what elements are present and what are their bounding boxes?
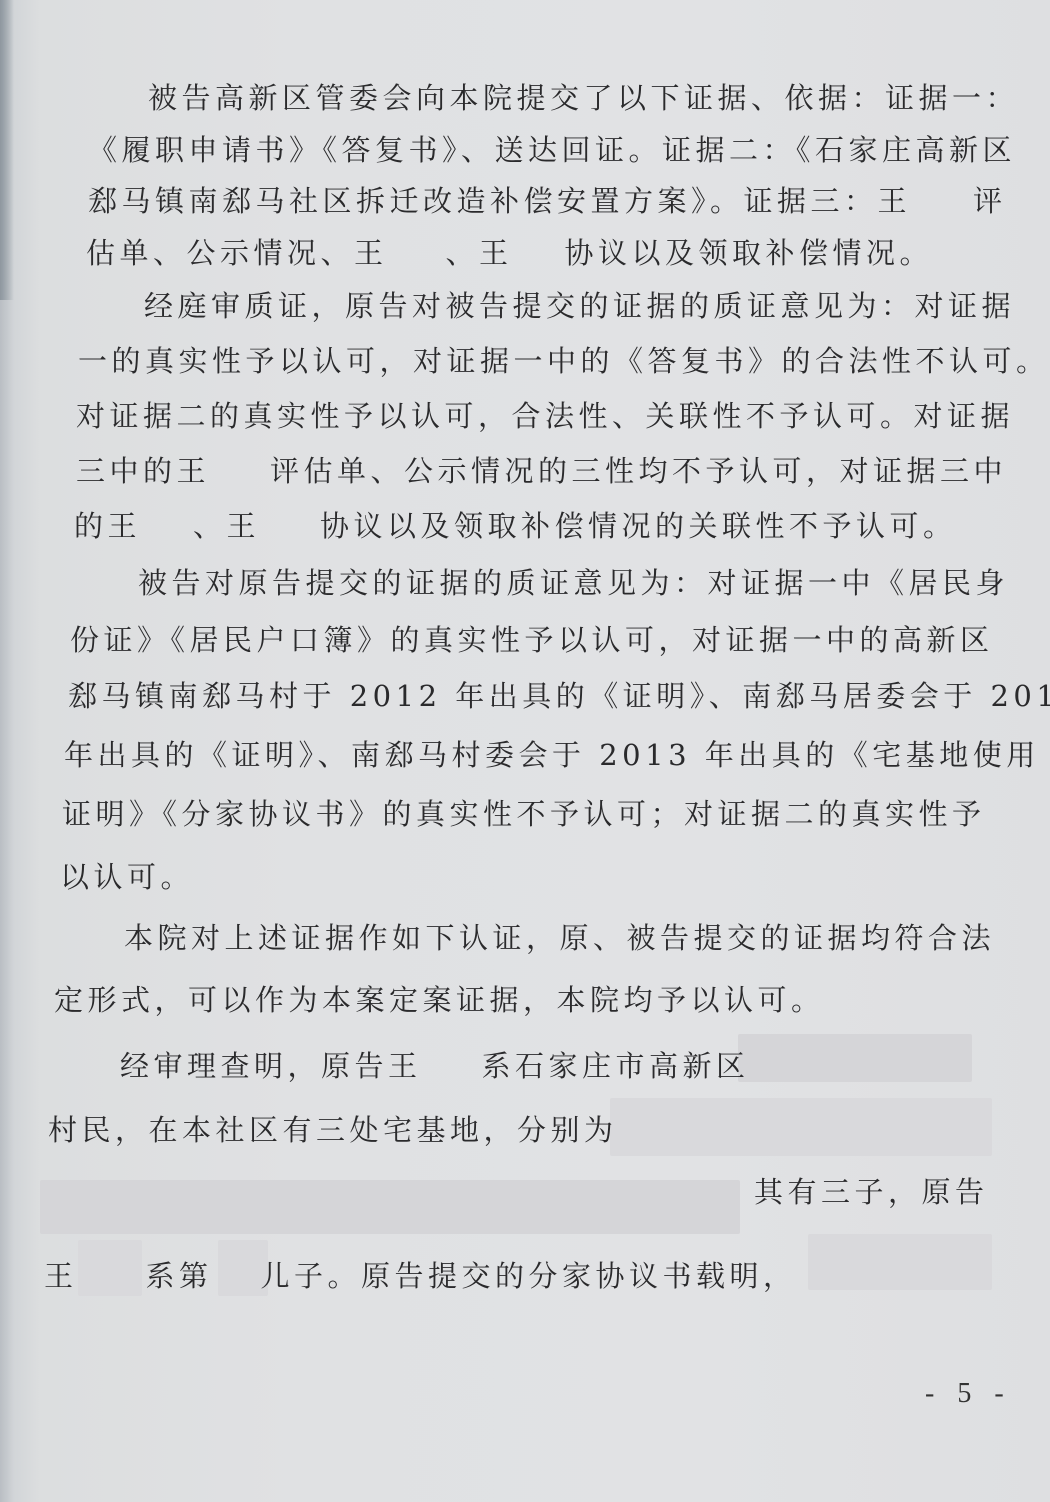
- text-line: 份证》《居民户口簿》的真实性予以认可，对证据一中的高新区: [70, 622, 994, 658]
- redaction-box: [40, 1180, 740, 1234]
- page-number: - 5 -: [925, 1378, 1012, 1410]
- text-segment: 儿子。原告提交的分家协议书载明，: [261, 1259, 797, 1293]
- text-line: 年出具的《证明》、南郄马村委会于 2013 年出具的《宅基地使用: [64, 737, 1040, 773]
- text-segment: 的王: [74, 509, 141, 543]
- text-line: 定形式，可以作为本案定案证据，本院均予以认可。: [54, 982, 825, 1018]
- redaction-box: [738, 1034, 972, 1082]
- text-segment: 、王: [446, 236, 513, 270]
- text-line: 被告高新区管委会向本院提交了以下证据、依据：证据一：: [148, 80, 1019, 116]
- text-line: 本院对上述证据作如下认证，原、被告提交的证据均符合法: [124, 920, 995, 956]
- text-segment: 协议以及领取补偿情况。: [565, 236, 934, 270]
- redaction-box: [610, 1098, 992, 1156]
- text-line: 郄马镇南郄马村于 2012 年出具的《证明》、南郄马居委会于 2013: [68, 678, 1050, 714]
- text-line: 其有三子，原告: [754, 1174, 989, 1210]
- text-line: 一的真实性予以认可，对证据一中的《答复书》的合法性不认可。: [78, 343, 1050, 379]
- text-line: 村民，在本社区有三处宅基地，分别为: [48, 1112, 618, 1148]
- text-segment: 系石家庄市高新区: [482, 1049, 750, 1083]
- text-segment: 估单、公示情况、王: [86, 236, 388, 270]
- text-line: 对证据二的真实性予以认可，合法性、关联性不予认可。对证据: [76, 398, 1014, 434]
- text-segment: 评: [973, 184, 1007, 218]
- text-segment: 经审理查明，原告王: [120, 1049, 422, 1083]
- text-line: 王系第儿子。原告提交的分家协议书载明，: [44, 1258, 797, 1294]
- text-line: 《履职申请书》《答复书》、送达回证。证据二：《石家庄高新区: [88, 132, 1016, 168]
- text-segment: 三中的王: [76, 454, 210, 488]
- redaction-box: [808, 1234, 992, 1290]
- text-line: 三中的王评估单、公示情况的三性均不予认可，对证据三中: [76, 453, 1007, 489]
- text-segment: 评估单、公示情况的三性均不予认可，对证据三中: [270, 454, 1007, 488]
- text-line: 估单、公示情况、王、王协议以及领取补偿情况。: [86, 235, 933, 271]
- text-line: 郄马镇南郄马社区拆迁改造补偿安置方案》。证据三：王评: [88, 183, 1007, 219]
- text-line: 经审理查明，原告王系石家庄市高新区: [120, 1048, 750, 1084]
- text-line: 证明》《分家协议书》的真实性不予认可；对证据二的真实性予: [62, 796, 986, 832]
- document-page: 被告高新区管委会向本院提交了以下证据、依据：证据一： 《履职申请书》《答复书》、…: [0, 0, 1050, 1502]
- text-segment: 王: [44, 1259, 78, 1293]
- text-segment: 郄马镇南郄马社区拆迁改造补偿安置方案》。证据三：王: [88, 184, 911, 218]
- text-segment: 协议以及领取补偿情况的关联性不予认可。: [320, 509, 957, 543]
- text-segment: 、王: [193, 509, 260, 543]
- text-line: 以认可。: [60, 859, 194, 895]
- text-line: 经庭审质证，原告对被告提交的证据的质证意见为：对证据: [144, 288, 1015, 324]
- page-edge-shadow: [0, 0, 14, 300]
- text-segment: 系第: [146, 1259, 213, 1293]
- text-line: 的王、王协议以及领取补偿情况的关联性不予认可。: [74, 508, 957, 544]
- text-line: 被告对原告提交的证据的质证意见为：对证据一中《居民身: [138, 565, 1009, 601]
